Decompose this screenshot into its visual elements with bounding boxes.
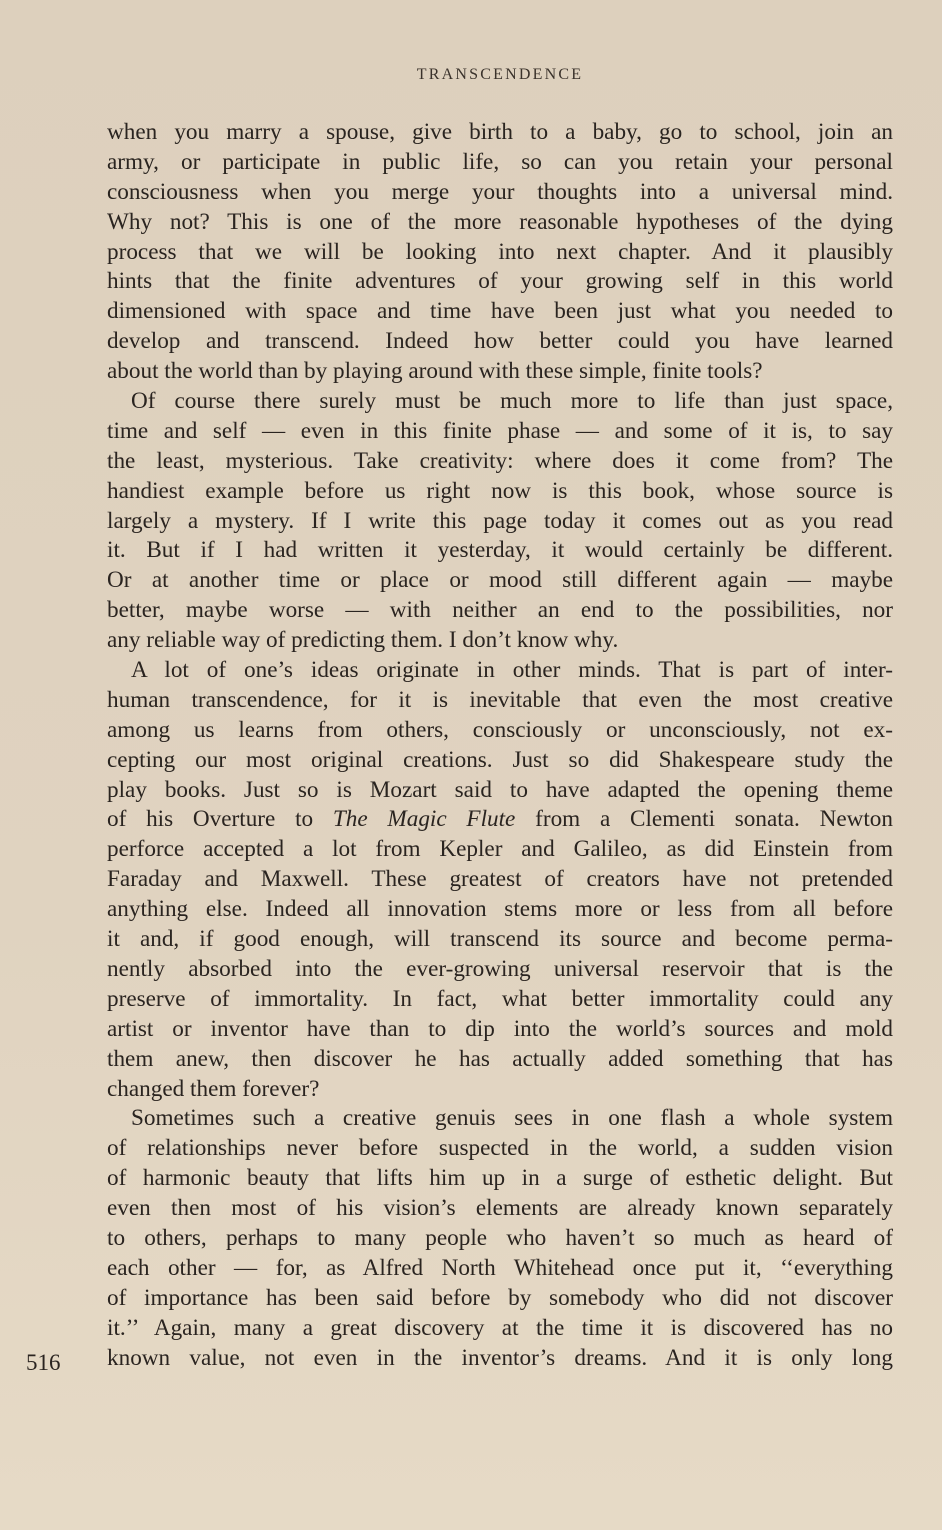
- text-line: the least, mysterious. Take creativity: …: [107, 447, 893, 477]
- text-line: when you marry a spouse, give birth to a…: [107, 118, 893, 148]
- text-line: human transcendence, for it is inevitabl…: [107, 686, 893, 716]
- running-head: TRANSCENDENCE: [0, 66, 942, 84]
- text-line: army, or participate in public life, so …: [107, 148, 893, 178]
- text-line: of relationships never before suspected …: [107, 1134, 893, 1164]
- text-line: develop and transcend. Indeed how better…: [107, 327, 893, 357]
- text-line: consciousness when you merge your though…: [107, 178, 893, 208]
- paragraph: A lot of one’s ideas originate in other …: [107, 656, 893, 1104]
- text-line: dimensioned with space and time have bee…: [107, 297, 893, 327]
- text-line: play books. Just so is Mozart said to ha…: [107, 776, 893, 806]
- text-line: artist or inventor have than to dip into…: [107, 1015, 893, 1045]
- text-line: time and self — even in this finite phas…: [107, 417, 893, 447]
- text-line: known value, not even in the inventor’s …: [107, 1344, 893, 1374]
- text-line: Why not? This is one of the more reasona…: [107, 208, 893, 238]
- text-line: it and, if good enough, will transcend i…: [107, 925, 893, 955]
- paragraph: when you marry a spouse, give birth to a…: [107, 118, 893, 387]
- text-line: preserve of immortality. In fact, what b…: [107, 985, 893, 1015]
- text-line: it.’’ Again, many a great discovery at t…: [107, 1314, 893, 1344]
- text-line: about the world than by playing around w…: [107, 357, 893, 387]
- text-line: handiest example before us right now is …: [107, 477, 893, 507]
- text-line: better, maybe worse — with neither an en…: [107, 596, 893, 626]
- text-line: changed them forever?: [107, 1075, 893, 1105]
- text-line: process that we will be looking into nex…: [107, 238, 893, 268]
- text-line: perforce accepted a lot from Kepler and …: [107, 835, 893, 865]
- text-line: of harmonic beauty that lifts him up in …: [107, 1164, 893, 1194]
- paragraph: Sometimes such a creative genuis sees in…: [107, 1104, 893, 1373]
- text-line: nently absorbed into the ever-growing un…: [107, 955, 893, 985]
- text-line: largely a mystery. If I write this page …: [107, 507, 893, 537]
- text-line: each other — for, as Alfred North Whiteh…: [107, 1254, 893, 1284]
- text-line: even then most of his vision’s elements …: [107, 1194, 893, 1224]
- text-line: hints that the finite adventures of your…: [107, 267, 893, 297]
- text-line: Of course there surely must be much more…: [107, 387, 893, 417]
- text-line: Sometimes such a creative genuis sees in…: [107, 1104, 893, 1134]
- text-line: to others, perhaps to many people who ha…: [107, 1224, 893, 1254]
- text-line: among us learns from others, consciously…: [107, 716, 893, 746]
- text-line: A lot of one’s ideas originate in other …: [107, 656, 893, 686]
- text-line: of importance has been said before by so…: [107, 1284, 893, 1314]
- paragraph: Of course there surely must be much more…: [107, 387, 893, 656]
- italic-title: The Magic Flute: [333, 806, 515, 832]
- text-line: Or at another time or place or mood stil…: [107, 566, 893, 596]
- text-line: them anew, then discover he has actually…: [107, 1045, 893, 1075]
- text-line: it. But if I had written it yesterday, i…: [107, 536, 893, 566]
- body-text: when you marry a spouse, give birth to a…: [107, 118, 893, 1373]
- page-number: 516: [26, 1348, 61, 1378]
- text-line: anything else. Indeed all innovation ste…: [107, 895, 893, 925]
- text-line: Faraday and Maxwell. These greatest of c…: [107, 865, 893, 895]
- text-line: any reliable way of predicting them. I d…: [107, 626, 893, 656]
- text-line: cepting our most original creations. Jus…: [107, 746, 893, 776]
- text-line: of his Overture to The Magic Flute from …: [107, 805, 893, 835]
